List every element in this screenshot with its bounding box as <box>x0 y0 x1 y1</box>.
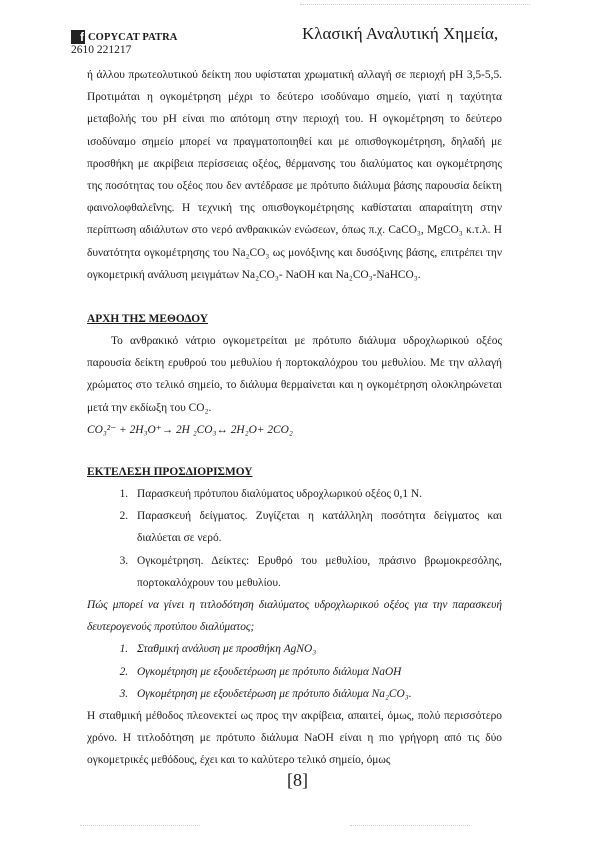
method-list: Σταθμική ανάλυση με προσθήκη AgNO₃ Ογκομ… <box>87 638 502 705</box>
closing-paragraph: Η σταθμική μέθοδος πλεονεκτεί ως προς τη… <box>87 705 502 772</box>
page-body: ή άλλου πρωτεολυτικού δείκτη που υφίστατ… <box>87 64 502 772</box>
scan-artifact-bottom-left <box>80 825 200 828</box>
spacer <box>87 441 502 461</box>
header-brand-block: fCOPYCAT PATRA 2610 221217 <box>71 27 177 56</box>
section-heading-principle: ΑΡΧΗ ΤΗΣ ΜΕΘΟΔΟΥ <box>87 308 502 330</box>
brand-name: COPYCAT PATRA <box>88 32 177 43</box>
method-item: Ογκομέτρηση με εξουδετέρωση με πρότυπο δ… <box>131 661 502 683</box>
phone-number: 2610 221217 <box>71 44 177 56</box>
procedure-steps: Παρασκευή πρότυπου διαλύματος υδροχλωρικ… <box>87 483 502 594</box>
intro-paragraph: ή άλλου πρωτεολυτικού δείκτη που υφίστατ… <box>87 64 502 286</box>
procedure-step: Παρασκευή δείγματος. Ζυγίζεται η κατάλλη… <box>131 505 502 549</box>
scan-artifact-bottom-right <box>350 825 470 828</box>
method-item: Σταθμική ανάλυση με προσθήκη AgNO₃ <box>131 638 502 660</box>
spacer <box>87 286 502 308</box>
document-title: Κλασική Αναλυτική Χημεία, <box>302 24 498 44</box>
procedure-step: Παρασκευή πρότυπου διαλύματος υδροχλωρικ… <box>131 483 502 505</box>
scan-artifact-top <box>300 4 530 7</box>
reaction-equation: CO₃²⁻ + 2H₃O⁺→ 2H ₂CO₃↔ 2H₂O+ 2CO₂ <box>87 419 502 441</box>
section-heading-procedure: ΕΚΤΕΛΕΣΗ ΠΡΟΣΔΙΟΡΙΣΜΟΥ <box>87 461 502 483</box>
principle-paragraph: Το ανθρακικό νάτριο ογκομετρείται με πρό… <box>87 330 502 419</box>
procedure-step: Ογκομέτρηση. Δείκτες: Ερυθρό του μεθυλίο… <box>131 550 502 594</box>
question-text: Πώς μπορεί να γίνει η τιτλοδότηση διαλύμ… <box>87 594 502 638</box>
facebook-icon: f <box>71 30 85 44</box>
method-item: Ογκομέτρηση με εξουδετέρωση με πρότυπο δ… <box>131 683 502 705</box>
page-number: [8] <box>0 770 595 791</box>
